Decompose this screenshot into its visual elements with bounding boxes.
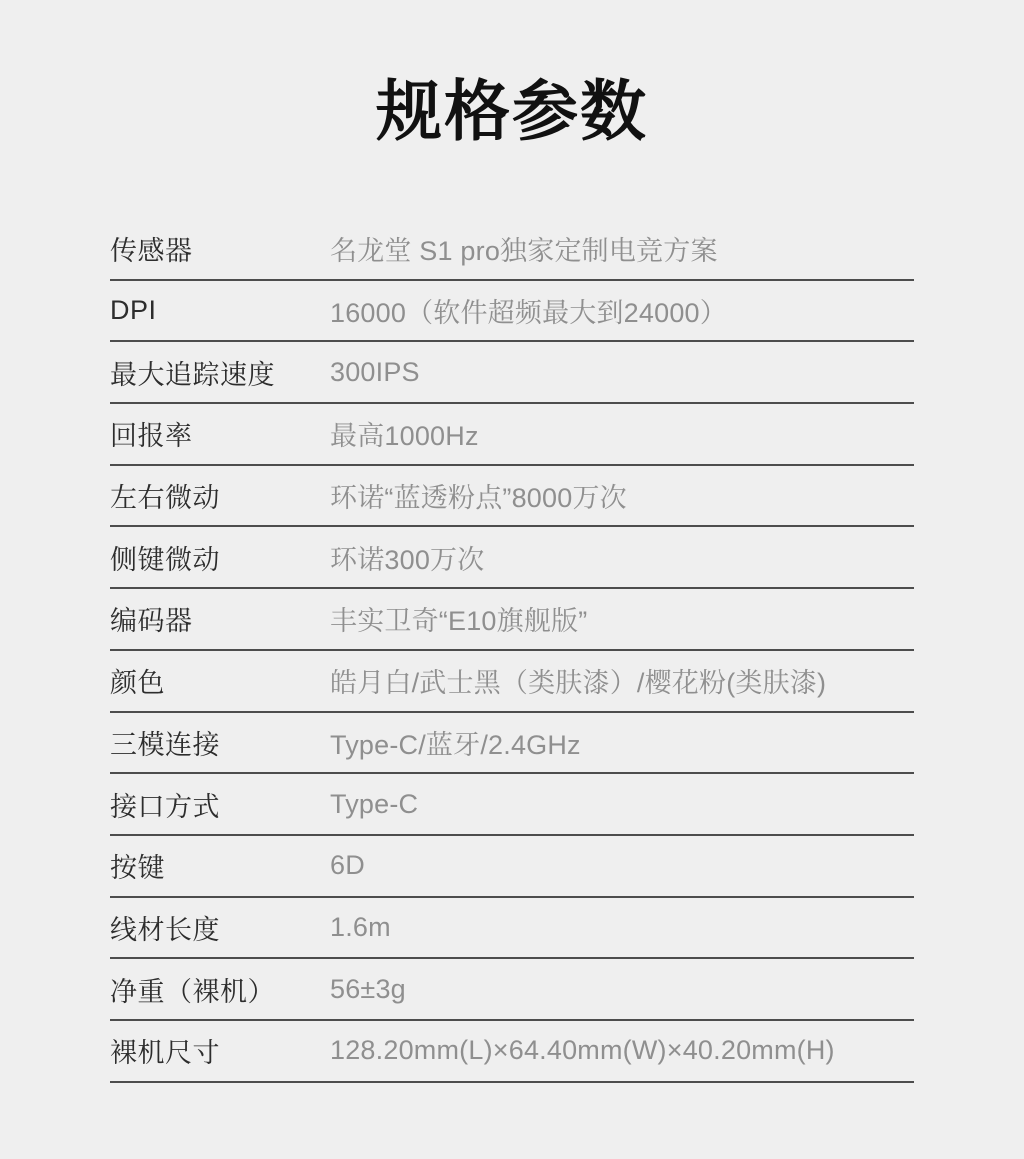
spec-label: 传感器 xyxy=(110,229,330,268)
spec-row-buttons: 按键 6D xyxy=(110,836,914,898)
spec-row-tracking-speed: 最大追踪速度 300IPS xyxy=(110,342,914,404)
spec-value: 16000（软件超频最大到24000） xyxy=(330,291,727,330)
spec-label: 编码器 xyxy=(110,599,330,638)
spec-label: 侧键微动 xyxy=(110,538,330,577)
spec-value: 最高1000Hz xyxy=(330,414,479,453)
spec-value: 皓月白/武士黑（类肤漆）/樱花粉(类肤漆) xyxy=(330,661,826,700)
spec-row-colors: 颜色 皓月白/武士黑（类肤漆）/樱花粉(类肤漆) xyxy=(110,651,914,713)
spec-label: 按键 xyxy=(110,846,330,885)
spec-row-dpi: DPI 16000（软件超频最大到24000） xyxy=(110,281,914,343)
spec-value: Type-C xyxy=(330,789,418,820)
spec-label: 裸机尺寸 xyxy=(110,1031,330,1070)
spec-label: 接口方式 xyxy=(110,785,330,824)
page-title: 规格参数 xyxy=(0,0,1024,144)
spec-row-sensor: 传感器 名龙堂 S1 pro独家定制电竞方案 xyxy=(110,219,914,281)
spec-row-polling-rate: 回报率 最高1000Hz xyxy=(110,404,914,466)
spec-value: 名龙堂 S1 pro独家定制电竞方案 xyxy=(330,229,718,268)
spec-row-tri-mode-connection: 三模连接 Type-C/蓝牙/2.4GHz xyxy=(110,713,914,775)
spec-label: 最大追踪速度 xyxy=(110,353,330,392)
spec-label: 颜色 xyxy=(110,661,330,700)
spec-row-dimensions: 裸机尺寸 128.20mm(L)×64.40mm(W)×40.20mm(H) xyxy=(110,1021,914,1083)
spec-sheet: 规格参数 传感器 名龙堂 S1 pro独家定制电竞方案 DPI 16000（软件… xyxy=(0,0,1024,144)
spec-row-interface: 接口方式 Type-C xyxy=(110,774,914,836)
spec-label: 三模连接 xyxy=(110,723,330,762)
spec-row-net-weight: 净重（裸机） 56±3g xyxy=(110,959,914,1021)
spec-value: 56±3g xyxy=(330,974,406,1005)
spec-value: 环诺“蓝透粉点”8000万次 xyxy=(330,476,627,515)
spec-value: 环诺300万次 xyxy=(330,538,484,577)
spec-label: 左右微动 xyxy=(110,476,330,515)
spec-value: 丰实卫奇“E10旗舰版” xyxy=(330,599,587,638)
spec-row-cable-length: 线材长度 1.6m xyxy=(110,898,914,960)
spec-value: Type-C/蓝牙/2.4GHz xyxy=(330,723,581,762)
spec-label: DPI xyxy=(110,295,330,326)
spec-table: 传感器 名龙堂 S1 pro独家定制电竞方案 DPI 16000（软件超频最大到… xyxy=(110,219,914,1083)
spec-label: 线材长度 xyxy=(110,908,330,947)
spec-value: 300IPS xyxy=(330,357,420,388)
spec-value: 128.20mm(L)×64.40mm(W)×40.20mm(H) xyxy=(330,1035,835,1066)
spec-row-main-switches: 左右微动 环诺“蓝透粉点”8000万次 xyxy=(110,466,914,528)
spec-label: 净重（裸机） xyxy=(110,970,330,1009)
spec-value: 6D xyxy=(330,850,365,881)
spec-label: 回报率 xyxy=(110,414,330,453)
spec-row-side-switches: 侧键微动 环诺300万次 xyxy=(110,527,914,589)
spec-value: 1.6m xyxy=(330,912,391,943)
spec-row-encoder: 编码器 丰实卫奇“E10旗舰版” xyxy=(110,589,914,651)
